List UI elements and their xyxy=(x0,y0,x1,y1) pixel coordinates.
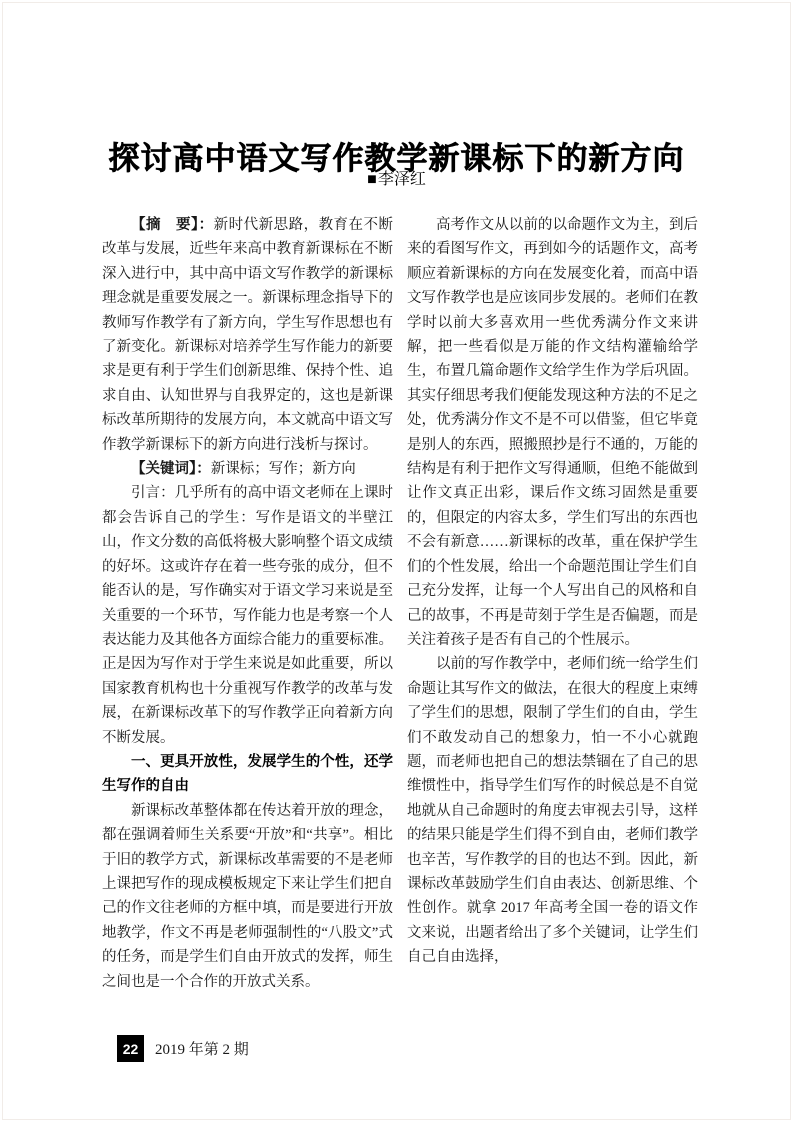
keywords-label: 【关键词】： xyxy=(131,461,211,477)
author-marker-square-icon: ■ xyxy=(367,171,378,188)
author-name: 李泽红 xyxy=(378,171,426,188)
abstract-text: 新时代新思路，教育在不断改革与发展，近些年来高中教育新课标在不断深入进行中，其中… xyxy=(102,217,393,453)
journal-issue-label: 2019 年第 2 期 xyxy=(155,1038,249,1059)
page-number-badge: 22 xyxy=(117,1035,144,1062)
journal-page: 探讨高中语文写作教学新课标下的新方向 ■李泽红 【摘 要】：新时代新思路，教育在… xyxy=(0,0,793,1122)
author-line: ■李泽红 xyxy=(0,166,793,189)
section-1-heading: 一、更具开放性，发展学生的个性，还学生写作的自由 xyxy=(102,750,393,799)
keywords-text: 新课标；写作；新方向 xyxy=(211,461,356,477)
keywords-paragraph: 【关键词】：新课标；写作；新方向 xyxy=(102,457,393,481)
abstract-label: 【摘 要】： xyxy=(131,217,214,233)
body-paragraph-3: 以前的写作教学中，老师们统一给学生们命题让其写作文的做法，在很大的程度上束缚了学… xyxy=(407,652,698,969)
body-paragraph-2: 高考作文从以前的以命题作文为主，到后来的看图写作文，再到如今的话题作文，高考顺应… xyxy=(407,213,698,652)
article-body-two-columns: 【摘 要】：新时代新思路，教育在不断改革与发展，近些年来高中教育新课标在不断深入… xyxy=(102,213,698,1021)
body-paragraph-1: 新课标改革整体都在传达着开放的理念，都在强调着师生关系要“开放”和“共享”。相比… xyxy=(102,799,393,994)
abstract-paragraph: 【摘 要】：新时代新思路，教育在不断改革与发展，近些年来高中教育新课标在不断深入… xyxy=(102,213,393,457)
introduction-paragraph: 引言：几乎所有的高中语文老师在上课时都会告诉自己的学生：写作是语文的半壁江山，作… xyxy=(102,481,393,749)
page-footer: 22 2019 年第 2 期 xyxy=(117,1035,249,1062)
